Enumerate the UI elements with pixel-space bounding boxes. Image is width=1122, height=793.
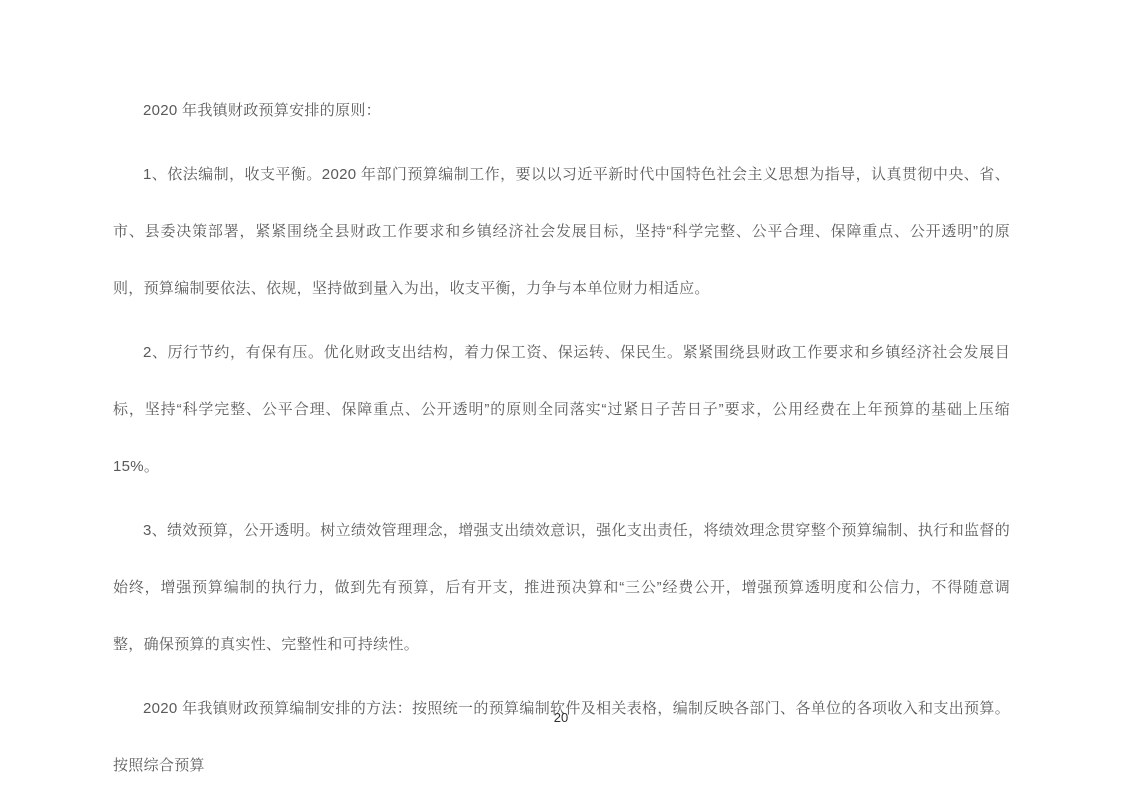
- page-number: 20: [554, 710, 568, 725]
- paragraph-principle-1-lawful-compilation: 1、依法编制，收支平衡。2020 年部门预算编制工作，要以以习近平新时代中国特色…: [113, 146, 1010, 317]
- paragraph-budget-method-intro: 2020 年我镇财政预算编制安排的方法：按照统一的预算编制软件及相关表格，编制反…: [113, 680, 1010, 793]
- paragraph-principle-2-thrift: 2、厉行节约，有保有压。优化财政支出结构，着力保工资、保运转、保民生。紧紧围绕县…: [113, 324, 1010, 495]
- page-footer: 20: [0, 708, 1122, 728]
- paragraph-principle-3-performance-budget: 3、绩效预算，公开透明。树立绩效管理理念，增强支出绩效意识，强化支出责任，将绩效…: [113, 502, 1010, 673]
- paragraph-budget-principles-heading: 2020 年我镇财政预算安排的原则：: [113, 82, 1010, 139]
- document-text-body: 2020 年我镇财政预算安排的原则： 1、依法编制，收支平衡。2020 年部门预…: [113, 82, 1010, 793]
- document-page: 2020 年我镇财政预算安排的原则： 1、依法编制，收支平衡。2020 年部门预…: [0, 0, 1122, 793]
